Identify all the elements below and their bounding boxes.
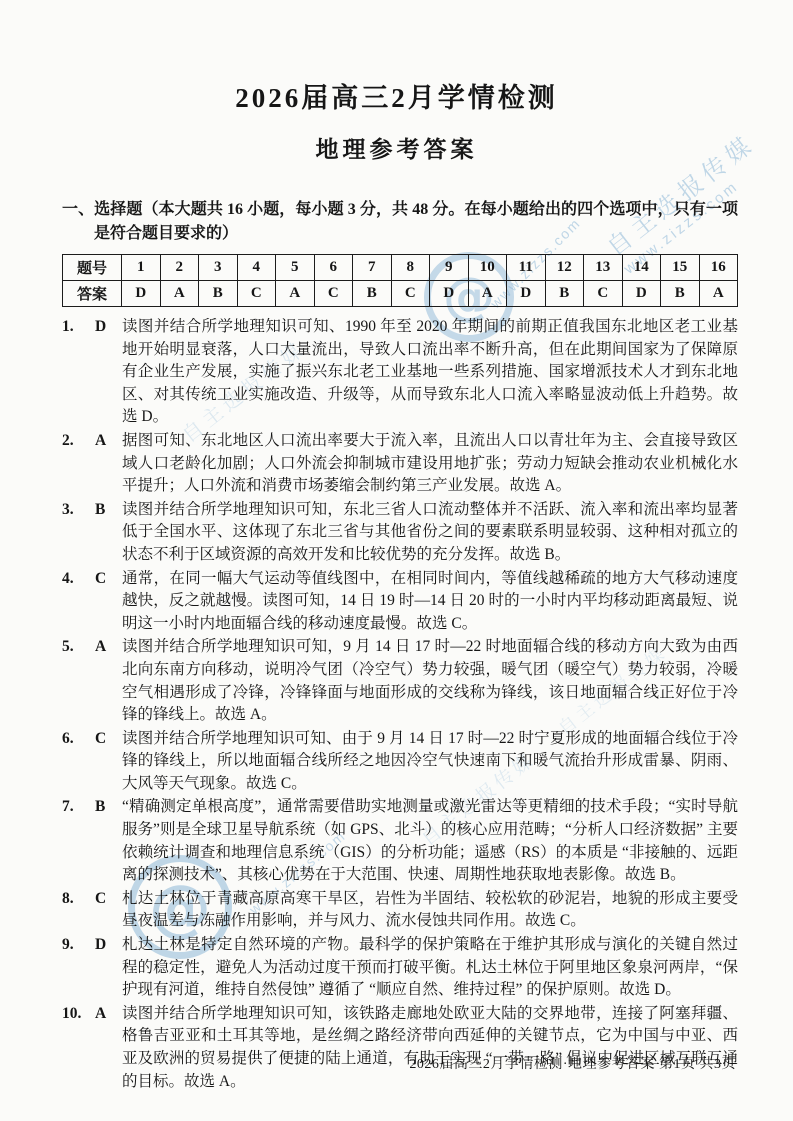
answer-row: 答案 DABCACBCDADBCDBA <box>63 281 738 307</box>
item-number: 5. <box>62 636 95 726</box>
item-text: 札达土林位于青藏高原高寒干旱区，岩性为半固结、较松软的砂泥岩，地貌的形成主要受昼… <box>122 888 738 933</box>
item-text: 通常，在同一幅大气运动等值线图中，在相同时间内，等值线越稀疏的地方大气移动速度越… <box>122 568 738 636</box>
row-header-answer: 答案 <box>63 281 122 307</box>
page-title: 2026届高三2月学情检测 <box>0 0 793 115</box>
explanation-item: 10.A读图并结合所学地理知识可知，该铁路走廊地处欧亚大陆的交界地带，连接了阿塞… <box>62 1003 738 1093</box>
item-number: 10. <box>62 1003 95 1093</box>
answer-cell: A <box>276 281 315 307</box>
question-number-cell: 3 <box>199 255 238 281</box>
question-number-cell: 15 <box>661 255 700 281</box>
explanation-item: 7.B“精确测定单根高度”，通常需要借助实地测量或激光雷达等更精细的技术手段；“… <box>62 796 738 886</box>
answer-cell: C <box>391 281 430 307</box>
item-answer: D <box>95 934 122 1002</box>
item-text: 读图并结合所学地理知识可知，9 月 14 日 17 时—22 时地面辐合线的移动… <box>122 636 738 726</box>
content-area: 一、选择题（本大题共 16 小题，每小题 3 分，共 48 分。在每小题给出的四… <box>62 198 738 1093</box>
item-number: 1. <box>62 316 95 429</box>
question-number-cell: 9 <box>430 255 469 281</box>
item-text: 读图并结合所学地理知识可知、1990 年至 2020 年期间的前期正值我国东北地… <box>122 316 738 429</box>
item-number: 8. <box>62 888 95 933</box>
item-answer: C <box>95 568 122 636</box>
question-number-cell: 16 <box>699 255 738 281</box>
question-number-cell: 13 <box>584 255 623 281</box>
item-answer: C <box>95 728 122 796</box>
explanation-item: 2.A据图可知、东北地区人口流出率要大于流入率，且流出人口以青壮年为主、会直接导… <box>62 430 738 498</box>
question-number-cell: 7 <box>353 255 392 281</box>
answer-cell: A <box>160 281 199 307</box>
item-number: 9. <box>62 934 95 1002</box>
item-answer: A <box>95 1003 122 1093</box>
answer-cell: B <box>353 281 392 307</box>
item-number: 3. <box>62 499 95 567</box>
answer-cell: C <box>584 281 623 307</box>
answer-cell: D <box>622 281 661 307</box>
item-number: 7. <box>62 796 95 886</box>
question-number-cell: 2 <box>160 255 199 281</box>
answer-cell: C <box>237 281 276 307</box>
item-answer: B <box>95 499 122 567</box>
answer-cell: A <box>699 281 738 307</box>
row-header-question: 题号 <box>63 255 122 281</box>
explanation-item: 9.D札达土林是特定自然环境的产物。最科学的保护策略在于维护其形成与演化的关键自… <box>62 934 738 1002</box>
question-number-cell: 12 <box>545 255 584 281</box>
explanation-item: 4.C通常，在同一幅大气运动等值线图中，在相同时间内，等值线越稀疏的地方大气移动… <box>62 568 738 636</box>
explanation-item: 6.C读图并结合所学地理知识可知、由于 9 月 14 日 17 时—22 时宁夏… <box>62 728 738 796</box>
question-number-cell: 11 <box>507 255 546 281</box>
explanation-list: 1.D读图并结合所学地理知识可知、1990 年至 2020 年期间的前期正值我国… <box>62 316 738 1093</box>
page-footer: 2026届高三2月学情检测·地理参考答案 第1页 共3页 <box>409 1053 736 1073</box>
item-text: 札达土林是特定自然环境的产物。最科学的保护策略在于维护其形成与演化的关键自然过程… <box>122 934 738 1002</box>
answer-table: 题号 12345678910111213141516 答案 DABCACBCDA… <box>62 254 738 307</box>
item-text: 据图可知、东北地区人口流出率要大于流入率，且流出人口以青壮年为主、会直接导致区域… <box>122 430 738 498</box>
explanation-item: 8.C札达土林位于青藏高原高寒干旱区，岩性为半固结、较松软的砂泥岩，地貌的形成主… <box>62 888 738 933</box>
item-answer: A <box>95 430 122 498</box>
question-number-cell: 10 <box>468 255 507 281</box>
item-answer: D <box>95 316 122 429</box>
item-number: 4. <box>62 568 95 636</box>
document-page: 自主选报传媒 www.zizzs.com @ www.zizzs.com 自主选… <box>0 0 793 1121</box>
item-answer: B <box>95 796 122 886</box>
explanation-item: 1.D读图并结合所学地理知识可知、1990 年至 2020 年期间的前期正值我国… <box>62 316 738 429</box>
item-text: 读图并结合所学地理知识可知，东北三省人口流动整体并不活跃、流入率和流出率均显著低… <box>122 499 738 567</box>
question-number-cell: 14 <box>622 255 661 281</box>
answer-cell: B <box>199 281 238 307</box>
answer-cell: D <box>122 281 161 307</box>
answer-cell: D <box>507 281 546 307</box>
question-number-cell: 8 <box>391 255 430 281</box>
question-number-cell: 5 <box>276 255 315 281</box>
answer-cell: C <box>314 281 353 307</box>
item-answer: C <box>95 888 122 933</box>
explanation-item: 5.A读图并结合所学地理知识可知，9 月 14 日 17 时—22 时地面辐合线… <box>62 636 738 726</box>
section-heading: 一、选择题（本大题共 16 小题，每小题 3 分，共 48 分。在每小题给出的四… <box>62 198 738 246</box>
answer-cell: B <box>545 281 584 307</box>
question-number-cell: 4 <box>237 255 276 281</box>
item-number: 2. <box>62 430 95 498</box>
item-text: 读图并结合所学地理知识可知，该铁路走廊地处欧亚大陆的交界地带，连接了阿塞拜疆、格… <box>122 1003 738 1093</box>
item-text: 读图并结合所学地理知识可知、由于 9 月 14 日 17 时—22 时宁夏形成的… <box>122 728 738 796</box>
answer-cell: D <box>430 281 469 307</box>
page-subtitle: 地理参考答案 <box>0 115 793 164</box>
answer-cell: B <box>661 281 700 307</box>
item-answer: A <box>95 636 122 726</box>
question-number-cell: 1 <box>122 255 161 281</box>
question-number-cell: 6 <box>314 255 353 281</box>
question-number-row: 题号 12345678910111213141516 <box>63 255 738 281</box>
item-text: “精确测定单根高度”，通常需要借助实地测量或激光雷达等更精细的技术手段；“实时导… <box>122 796 738 886</box>
item-number: 6. <box>62 728 95 796</box>
explanation-item: 3.B读图并结合所学地理知识可知，东北三省人口流动整体并不活跃、流入率和流出率均… <box>62 499 738 567</box>
answer-cell: A <box>468 281 507 307</box>
